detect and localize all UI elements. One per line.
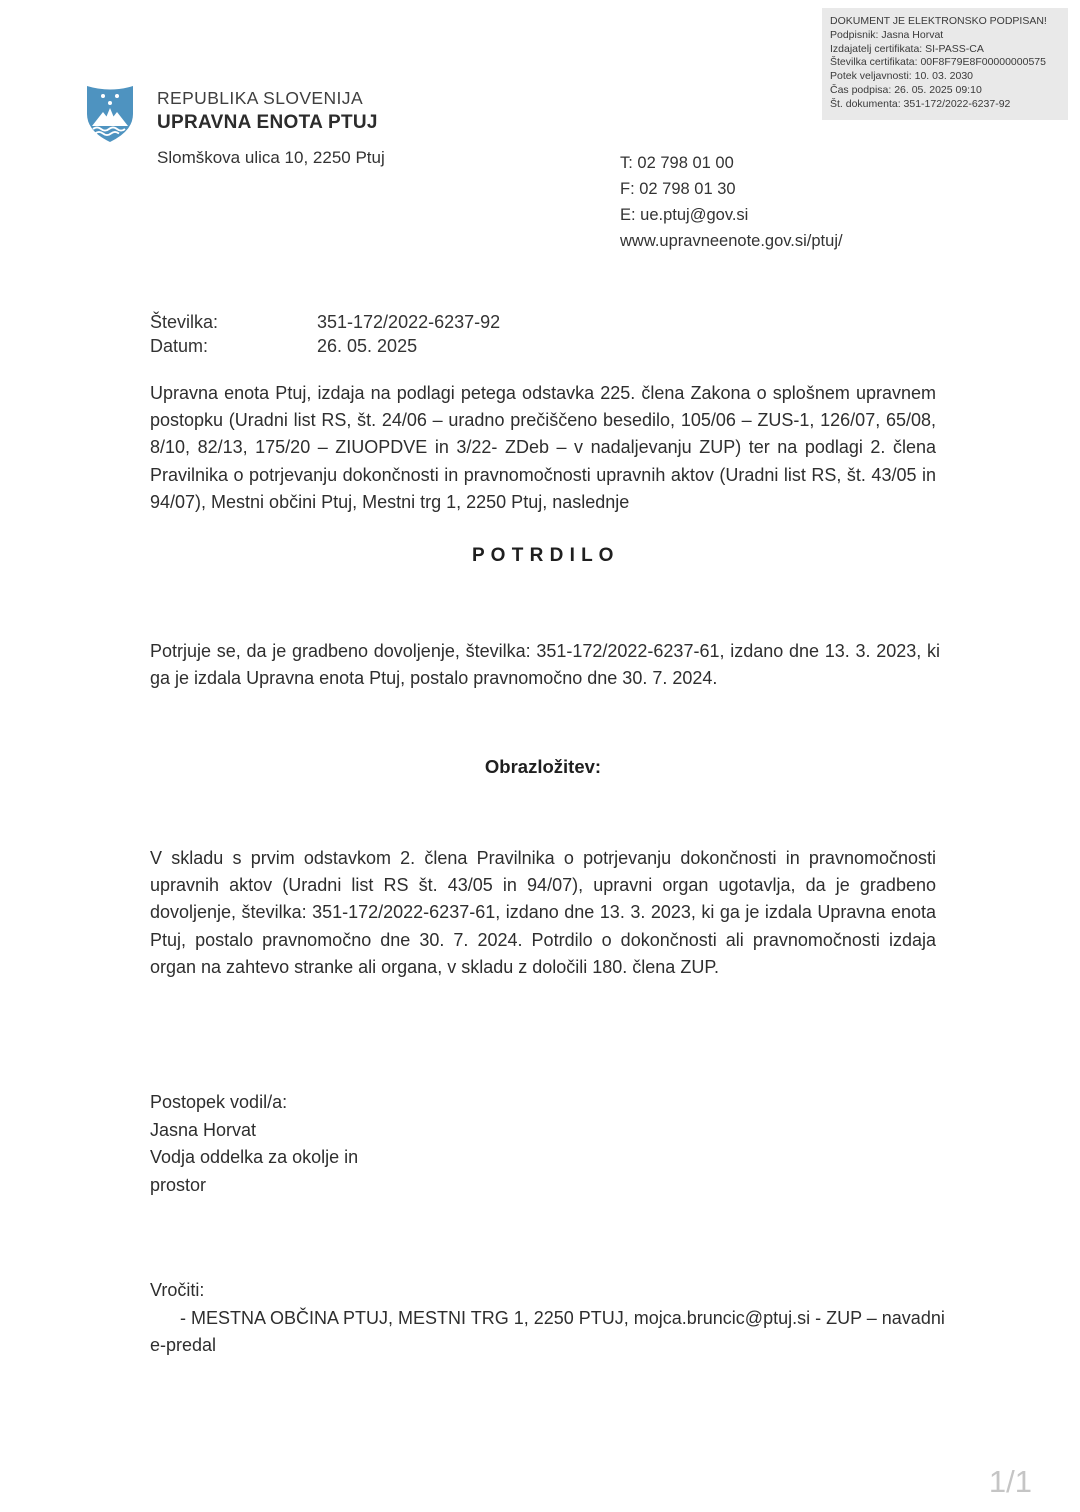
officer-role-label: Postopek vodil/a: [150, 1089, 358, 1117]
signature-box-line: Številka certifikata: 00F8F79E8F00000000… [830, 56, 1060, 70]
reference-number-value: 351-172/2022-6237-92 [317, 311, 500, 335]
reference-date-row: Datum: 26. 05. 2025 [150, 335, 500, 359]
signature-box-line: Izdajatelj certifikata: SI-PASS-CA [830, 43, 1060, 57]
letterhead-office: UPRAVNA ENOTA PTUJ [157, 112, 378, 134]
letterhead-country: REPUBLIKA SLOVENIJA [157, 88, 378, 109]
reference-date-value: 26. 05. 2025 [317, 335, 417, 359]
officer-block: Postopek vodil/a: Jasna Horvat Vodja odd… [150, 1089, 358, 1199]
contact-website: www.upravneenote.gov.si/ptuj/ [620, 228, 843, 254]
electronic-signature-box: DOKUMENT JE ELEKTRONSKO PODPISAN! Podpis… [822, 8, 1068, 120]
reference-number-row: Številka: 351-172/2022-6237-92 [150, 311, 500, 335]
slovenia-coat-of-arms-icon [84, 84, 136, 144]
section-heading: Obrazložitev: [150, 756, 936, 778]
page-indicator: 1/1 [989, 1464, 1032, 1500]
reference-block: Številka: 351-172/2022-6237-92 Datum: 26… [150, 311, 500, 358]
officer-name: Jasna Horvat [150, 1117, 358, 1145]
letterhead-address: Slomškova ulica 10, 2250 Ptuj [157, 148, 385, 168]
document-title: P O T R D I L O [150, 545, 936, 567]
document-page: DOKUMENT JE ELEKTRONSKO PODPISAN! Podpis… [0, 0, 1080, 1512]
signature-box-line: Podpisnik: Jasna Horvat [830, 29, 1060, 43]
statement-paragraph: Potrjuje se, da je gradbeno dovoljenje, … [150, 638, 940, 692]
explanation-paragraph: V skladu s prvim odstavkom 2. člena Prav… [150, 845, 936, 981]
contact-email: E: ue.ptuj@gov.si [620, 202, 843, 228]
officer-title-line: Vodja oddelka za okolje in [150, 1144, 358, 1172]
contact-block: T: 02 798 01 00 F: 02 798 01 30 E: ue.pt… [620, 150, 843, 254]
letterhead: REPUBLIKA SLOVENIJA UPRAVNA ENOTA PTUJ [157, 88, 378, 134]
signature-box-line: Št. dokumenta: 351-172/2022-6237-92 [830, 98, 1060, 112]
officer-title-line: prostor [150, 1172, 358, 1200]
signature-box-line: Čas podpisa: 26. 05. 2025 09:10 [830, 84, 1060, 98]
contact-fax: F: 02 798 01 30 [620, 176, 843, 202]
reference-number-label: Številka: [150, 311, 317, 335]
reference-date-label: Datum: [150, 335, 317, 359]
intro-paragraph: Upravna enota Ptuj, izdaja na podlagi pe… [150, 380, 936, 516]
delivery-item: - MESTNA OBČINA PTUJ, MESTNI TRG 1, 2250… [150, 1305, 950, 1360]
signature-box-line: DOKUMENT JE ELEKTRONSKO PODPISAN! [830, 15, 1060, 29]
delivery-block: Vročiti: - MESTNA OBČINA PTUJ, MESTNI TR… [150, 1277, 950, 1360]
delivery-label: Vročiti: [150, 1277, 950, 1305]
contact-phone: T: 02 798 01 00 [620, 150, 843, 176]
signature-box-line: Potek veljavnosti: 10. 03. 2030 [830, 70, 1060, 84]
